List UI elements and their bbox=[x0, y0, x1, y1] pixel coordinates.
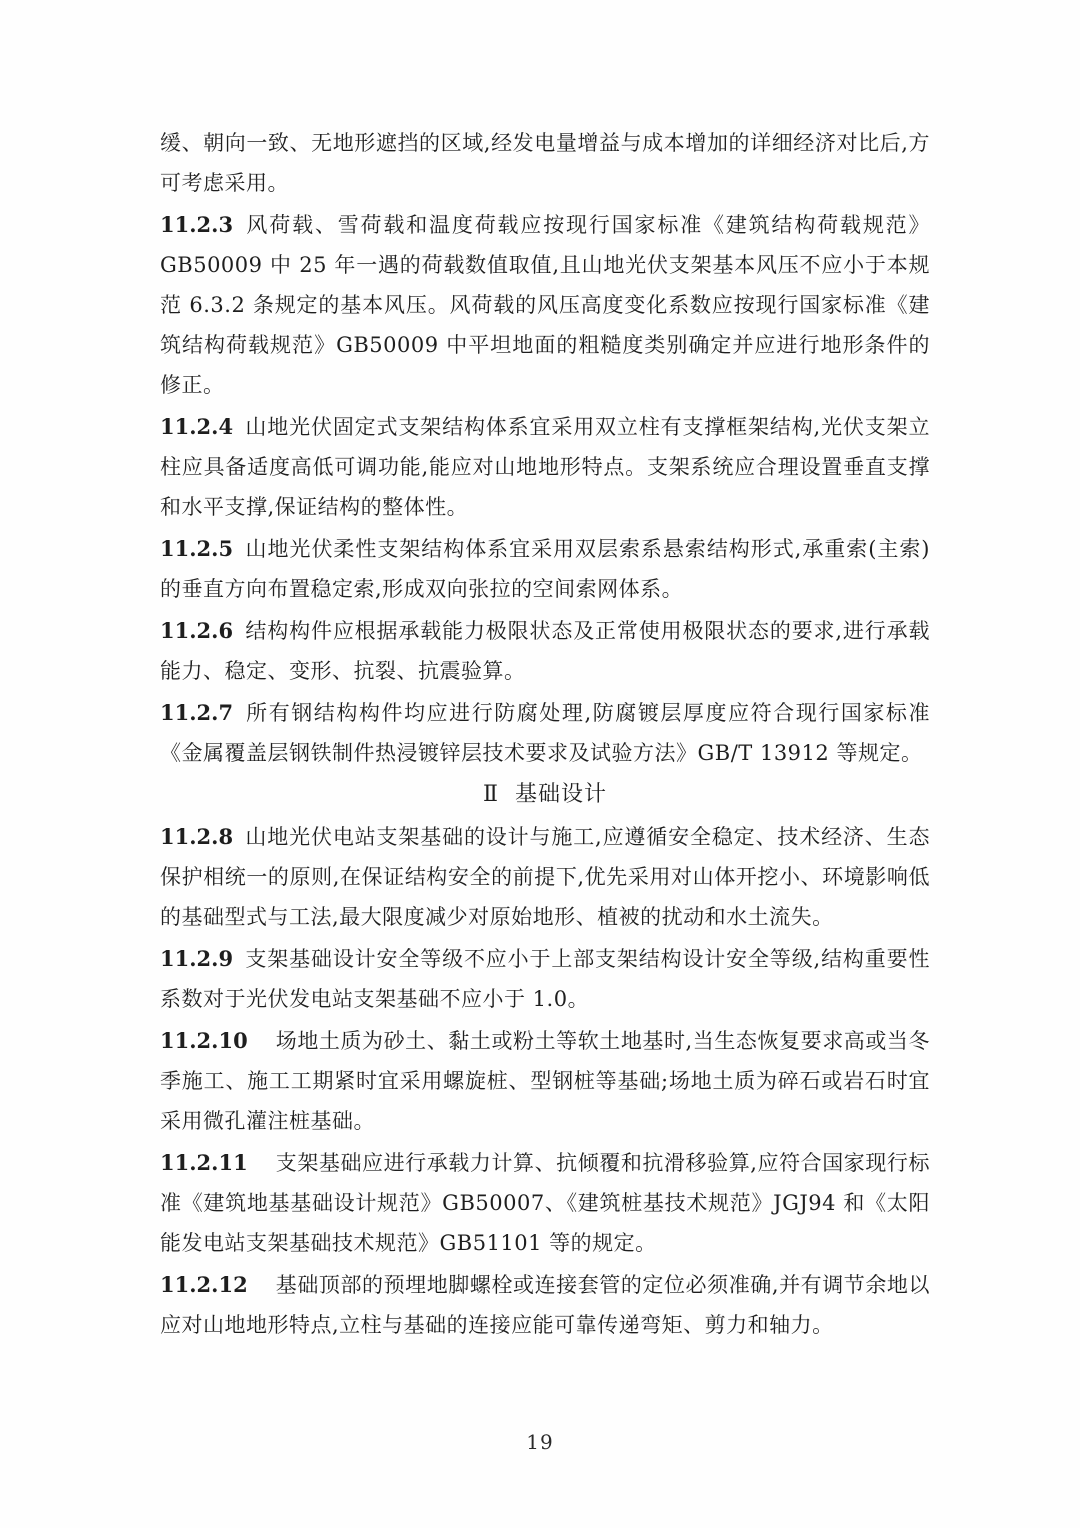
clause-11-2-8: 11.2.8山地光伏电站支架基础的设计与施工,应遵循安全稳定、技术经济、生态保护… bbox=[160, 817, 930, 937]
clause-number: 11.2.8 bbox=[160, 824, 233, 849]
clause-11-2-12: 11.2.12基础顶部的预埋地脚螺栓或连接套管的定位必须准确,并有调节余地以应对… bbox=[160, 1265, 930, 1345]
clause-number: 11.2.5 bbox=[160, 536, 233, 561]
clause-11-2-9: 11.2.9支架基础设计安全等级不应小于上部支架结构设计安全等级,结构重要性系数… bbox=[160, 939, 930, 1019]
clause-text: 山地光伏电站支架基础的设计与施工,应遵循安全稳定、技术经济、生态保护相统一的原则… bbox=[160, 825, 930, 929]
clause-11-2-11: 11.2.11支架基础应进行承载力计算、抗倾覆和抗滑移验算,应符合国家现行标准《… bbox=[160, 1143, 930, 1263]
document-page: 缓、朝向一致、无地形遮挡的区域,经发电量增益与成本增加的详细经济对比后,方可考虑… bbox=[0, 0, 1080, 1528]
clause-11-2-4: 11.2.4山地光伏固定式支架结构体系宜采用双立柱有支撑框架结构,光伏支架立柱应… bbox=[160, 407, 930, 527]
clause-text: 山地光伏固定式支架结构体系宜采用双立柱有支撑框架结构,光伏支架立柱应具备适度高低… bbox=[160, 415, 930, 519]
clause-number: 11.2.7 bbox=[160, 700, 233, 725]
section-numeral: Ⅱ bbox=[483, 782, 499, 807]
clause-11-2-3: 11.2.3风荷载、雪荷载和温度荷载应按现行国家标准《建筑结构荷载规范》GB50… bbox=[160, 205, 930, 405]
clause-number: 11.2.10 bbox=[160, 1028, 248, 1053]
paragraph-text: 缓、朝向一致、无地形遮挡的区域,经发电量增益与成本增加的详细经济对比后,方可考虑… bbox=[160, 131, 930, 195]
clause-11-2-5: 11.2.5山地光伏柔性支架结构体系宜采用双层索系悬索结构形式,承重索(主索)的… bbox=[160, 529, 930, 609]
clause-number: 11.2.9 bbox=[160, 946, 233, 971]
clause-number: 11.2.6 bbox=[160, 618, 233, 643]
clause-text: 山地光伏柔性支架结构体系宜采用双层索系悬索结构形式,承重索(主索)的垂直方向布置… bbox=[160, 537, 930, 601]
paragraph-continuation: 缓、朝向一致、无地形遮挡的区域,经发电量增益与成本增加的详细经济对比后,方可考虑… bbox=[160, 123, 930, 203]
clause-text: 场地土质为砂土、黏土或粉土等软土地基时,当生态恢复要求高或当冬季施工、施工工期紧… bbox=[160, 1029, 930, 1133]
clause-text: 基础顶部的预埋地脚螺栓或连接套管的定位必须准确,并有调节余地以应对山地地形特点,… bbox=[160, 1273, 930, 1337]
clause-number: 11.2.3 bbox=[160, 212, 233, 237]
clause-11-2-6: 11.2.6结构构件应根据承载能力极限状态及正常使用极限状态的要求,进行承载能力… bbox=[160, 611, 930, 691]
clause-11-2-10: 11.2.10场地土质为砂土、黏土或粉土等软土地基时,当生态恢复要求高或当冬季施… bbox=[160, 1021, 930, 1141]
clause-number: 11.2.12 bbox=[160, 1272, 248, 1297]
section-heading: Ⅱ基础设计 bbox=[160, 775, 930, 815]
clause-number: 11.2.11 bbox=[160, 1150, 248, 1175]
clause-text: 风荷载、雪荷载和温度荷载应按现行国家标准《建筑结构荷载规范》GB50009 中 … bbox=[160, 213, 930, 397]
clause-text: 支架基础应进行承载力计算、抗倾覆和抗滑移验算,应符合国家现行标准《建筑地基基础设… bbox=[160, 1151, 930, 1255]
clause-number: 11.2.4 bbox=[160, 414, 233, 439]
clause-text: 支架基础设计安全等级不应小于上部支架结构设计安全等级,结构重要性系数对于光伏发电… bbox=[160, 947, 930, 1011]
clause-text: 结构构件应根据承载能力极限状态及正常使用极限状态的要求,进行承载能力、稳定、变形… bbox=[160, 619, 930, 683]
section-title: 基础设计 bbox=[515, 782, 607, 807]
page-number: 19 bbox=[0, 1430, 1080, 1454]
clause-text: 所有钢结构构件均应进行防腐处理,防腐镀层厚度应符合现行国家标准《金属覆盖层钢铁制… bbox=[160, 701, 930, 765]
clause-11-2-7: 11.2.7所有钢结构构件均应进行防腐处理,防腐镀层厚度应符合现行国家标准《金属… bbox=[160, 693, 930, 773]
